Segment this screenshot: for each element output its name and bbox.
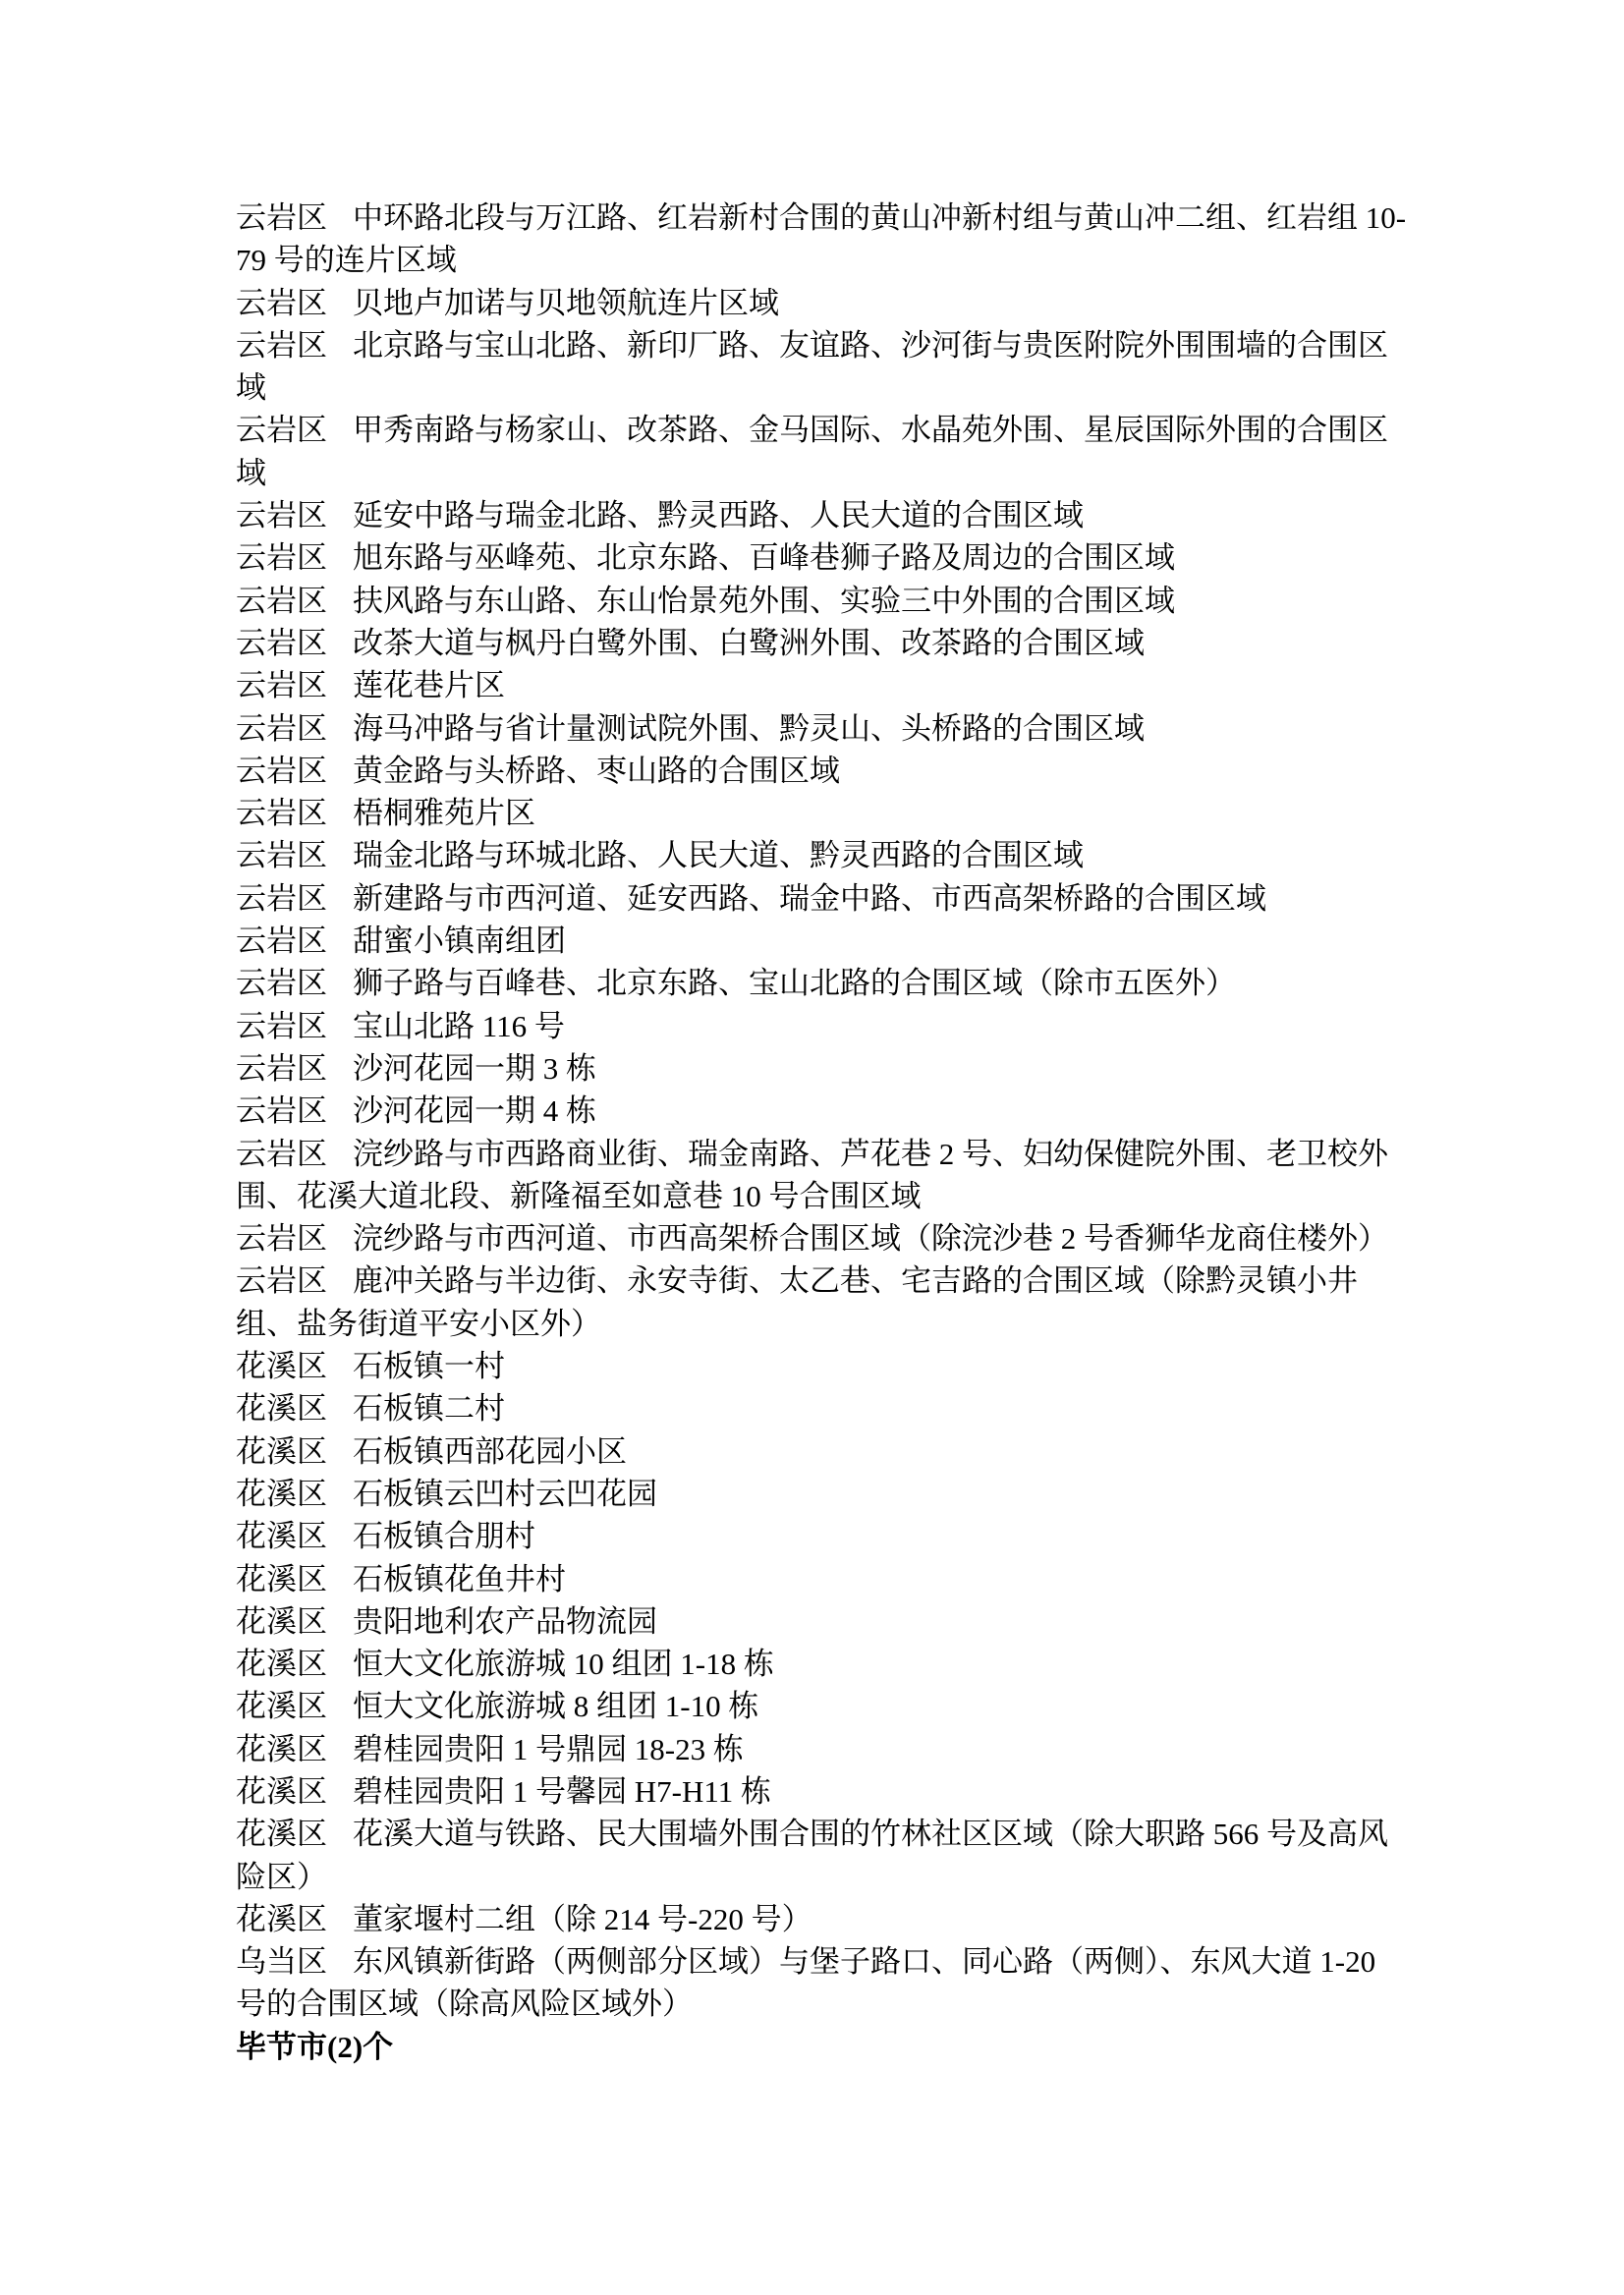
list-item: 云岩区沙河花园一期 4 栋 <box>236 1090 1411 1132</box>
district-label: 云岩区 <box>236 1009 327 1043</box>
district-label: 花溪区 <box>236 1391 327 1426</box>
district-label: 乌当区 <box>236 1944 327 1979</box>
district-label: 云岩区 <box>236 1137 327 1171</box>
list-item: 花溪区恒大文化旅游城 10 组团 1-18 栋 <box>236 1643 1411 1685</box>
district-label: 云岩区 <box>236 668 327 702</box>
area-text: 黄金路与头桥路、枣山路的合围区域 <box>353 754 840 788</box>
district-label: 花溪区 <box>236 1774 327 1809</box>
district-label: 花溪区 <box>236 1604 327 1639</box>
district-label: 云岩区 <box>236 711 327 746</box>
list-item: 云岩区黄金路与头桥路、枣山路的合围区域 <box>236 750 1411 792</box>
district-label: 云岩区 <box>236 1093 327 1128</box>
list-item: 云岩区扶风路与东山路、东山怡景苑外围、实验三中外围的合围区域 <box>236 580 1411 622</box>
district-label: 花溪区 <box>236 1689 327 1723</box>
list-item: 云岩区瑞金北路与环城北路、人民大道、黔灵西路的合围区域 <box>236 834 1411 876</box>
list-item: 花溪区石板镇二村 <box>236 1387 1411 1429</box>
list-item: 花溪区石板镇合朋村 <box>236 1515 1411 1557</box>
area-text: 石板镇一村 <box>353 1349 505 1383</box>
area-text: 石板镇花鱼井村 <box>353 1562 566 1596</box>
district-label: 花溪区 <box>236 1349 327 1383</box>
list-item: 云岩区莲花巷片区 <box>236 664 1411 706</box>
area-text: 梧桐雅苑片区 <box>353 796 535 830</box>
list-item: 云岩区贝地卢加诺与贝地领航连片区域 <box>236 282 1411 324</box>
district-label: 云岩区 <box>236 1263 327 1298</box>
list-item: 花溪区石板镇一村 <box>236 1345 1411 1387</box>
district-label: 花溪区 <box>236 1434 327 1469</box>
district-label: 云岩区 <box>236 881 327 916</box>
area-text: 石板镇二村 <box>353 1391 505 1426</box>
area-text: 宝山北路 116 号 <box>353 1009 565 1043</box>
list-item: 花溪区花溪大道与铁路、民大围墙外围合围的竹林社区区域（除大职路 566 号及高风… <box>236 1813 1411 1898</box>
area-text: 石板镇云凹村云凹花园 <box>353 1477 657 1511</box>
list-item: 云岩区延安中路与瑞金北路、黔灵西路、人民大道的合围区域 <box>236 494 1411 536</box>
district-label: 云岩区 <box>236 1221 327 1256</box>
district-label: 云岩区 <box>236 754 327 788</box>
area-text: 甲秀南路与杨家山、改茶路、金马国际、水晶苑外围、星辰国际外围的合围区域 <box>236 413 1388 489</box>
area-text: 北京路与宝山北路、新印厂路、友谊路、沙河街与贵医附院外围围墙的合围区域 <box>236 328 1388 405</box>
area-text: 中环路北段与万江路、红岩新村合围的黄山冲新村组与黄山冲二组、红岩组 10-79 … <box>236 200 1406 277</box>
area-text: 甜蜜小镇南组团 <box>353 924 566 958</box>
district-label: 云岩区 <box>236 328 327 363</box>
list-item: 云岩区北京路与宝山北路、新印厂路、友谊路、沙河街与贵医附院外围围墙的合围区域 <box>236 324 1411 410</box>
list-item: 云岩区甲秀南路与杨家山、改茶路、金马国际、水晶苑外围、星辰国际外围的合围区域 <box>236 409 1411 494</box>
district-label: 花溪区 <box>236 1647 327 1681</box>
district-label: 云岩区 <box>236 540 327 575</box>
area-text: 浣纱路与市西路商业街、瑞金南路、芦花巷 2 号、妇幼保健院外围、老卫校外围、花溪… <box>236 1137 1388 1213</box>
district-label: 云岩区 <box>236 498 327 532</box>
list-item: 花溪区贵阳地利农产品物流园 <box>236 1600 1411 1643</box>
list-item: 云岩区甜蜜小镇南组团 <box>236 920 1411 962</box>
district-label: 云岩区 <box>236 200 327 235</box>
area-text: 贵阳地利农产品物流园 <box>353 1604 657 1639</box>
area-text: 沙河花园一期 4 栋 <box>353 1093 596 1128</box>
area-text: 鹿冲关路与半边街、永安寺街、太乙巷、宅吉路的合围区域（除黔灵镇小井组、盐务街道平… <box>236 1263 1358 1340</box>
list-item: 云岩区浣纱路与市西路商业街、瑞金南路、芦花巷 2 号、妇幼保健院外围、老卫校外围… <box>236 1133 1411 1218</box>
risk-area-list: 云岩区中环路北段与万江路、红岩新村合围的黄山冲新村组与黄山冲二组、红岩组 10-… <box>236 196 1411 2026</box>
district-label: 云岩区 <box>236 924 327 958</box>
list-item: 花溪区董家堰村二组（除 214 号-220 号） <box>236 1898 1411 1940</box>
list-item: 云岩区海马冲路与省计量测试院外围、黔灵山、头桥路的合围区域 <box>236 707 1411 750</box>
list-item: 云岩区沙河花园一期 3 栋 <box>236 1047 1411 1090</box>
district-label: 花溪区 <box>236 1902 327 1936</box>
list-item: 花溪区碧桂园贵阳 1 号鼎园 18-23 栋 <box>236 1728 1411 1770</box>
list-item: 云岩区中环路北段与万江路、红岩新村合围的黄山冲新村组与黄山冲二组、红岩组 10-… <box>236 196 1411 282</box>
list-item: 乌当区东风镇新街路（两侧部分区域）与堡子路口、同心路（两侧）、东风大道 1-20… <box>236 1940 1411 2026</box>
list-item: 云岩区浣纱路与市西河道、市西高架桥合围区域（除浣沙巷 2 号香狮华龙商住楼外） <box>236 1217 1411 1259</box>
area-text: 恒大文化旅游城 8 组团 1-10 栋 <box>353 1689 758 1723</box>
district-label: 云岩区 <box>236 966 327 1000</box>
area-text: 旭东路与巫峰苑、北京东路、百峰巷狮子路及周边的合围区域 <box>353 540 1175 575</box>
area-text: 浣纱路与市西河道、市西高架桥合围区域（除浣沙巷 2 号香狮华龙商住楼外） <box>353 1221 1388 1256</box>
area-text: 改茶大道与枫丹白鹭外围、白鹭洲外围、改茶路的合围区域 <box>353 626 1145 660</box>
area-text: 莲花巷片区 <box>353 668 505 702</box>
area-text: 新建路与市西河道、延安西路、瑞金中路、市西高架桥路的合围区域 <box>353 881 1266 916</box>
list-item: 云岩区梧桐雅苑片区 <box>236 792 1411 834</box>
area-text: 瑞金北路与环城北路、人民大道、黔灵西路的合围区域 <box>353 838 1084 872</box>
district-label: 花溪区 <box>236 1817 327 1851</box>
list-item: 花溪区碧桂园贵阳 1 号馨园 H7-H11 栋 <box>236 1770 1411 1813</box>
district-label: 云岩区 <box>236 838 327 872</box>
list-item: 云岩区新建路与市西河道、延安西路、瑞金中路、市西高架桥路的合围区域 <box>236 877 1411 920</box>
list-item: 花溪区石板镇云凹村云凹花园 <box>236 1473 1411 1515</box>
list-item: 云岩区旭东路与巫峰苑、北京东路、百峰巷狮子路及周边的合围区域 <box>236 536 1411 579</box>
district-label: 云岩区 <box>236 1051 327 1086</box>
area-text: 石板镇西部花园小区 <box>353 1434 627 1469</box>
area-text: 延安中路与瑞金北路、黔灵西路、人民大道的合围区域 <box>353 498 1084 532</box>
area-text: 花溪大道与铁路、民大围墙外围合围的竹林社区区域（除大职路 566 号及高风险区） <box>236 1817 1388 1893</box>
document-page: 云岩区中环路北段与万江路、红岩新村合围的黄山冲新村组与黄山冲二组、红岩组 10-… <box>236 196 1411 2068</box>
list-item: 云岩区鹿冲关路与半边街、永安寺街、太乙巷、宅吉路的合围区域（除黔灵镇小井组、盐务… <box>236 1259 1411 1345</box>
area-text: 狮子路与百峰巷、北京东路、宝山北路的合围区域（除市五医外） <box>353 966 1236 1000</box>
area-text: 碧桂园贵阳 1 号鼎园 18-23 栋 <box>353 1732 744 1766</box>
area-text: 碧桂园贵阳 1 号馨园 H7-H11 栋 <box>353 1774 771 1809</box>
district-label: 花溪区 <box>236 1477 327 1511</box>
district-label: 云岩区 <box>236 626 327 660</box>
list-item: 云岩区宝山北路 116 号 <box>236 1005 1411 1047</box>
area-text: 恒大文化旅游城 10 组团 1-18 栋 <box>353 1647 774 1681</box>
district-label: 花溪区 <box>236 1519 327 1553</box>
area-text: 石板镇合朋村 <box>353 1519 535 1553</box>
section-heading: 毕节市(2)个 <box>236 2026 1411 2068</box>
area-text: 贝地卢加诺与贝地领航连片区域 <box>353 286 779 320</box>
area-text: 董家堰村二组（除 214 号-220 号） <box>353 1902 812 1936</box>
area-text: 海马冲路与省计量测试院外围、黔灵山、头桥路的合围区域 <box>353 711 1145 746</box>
district-label: 云岩区 <box>236 286 327 320</box>
district-label: 云岩区 <box>236 796 327 830</box>
area-text: 东风镇新街路（两侧部分区域）与堡子路口、同心路（两侧）、东风大道 1-20 号的… <box>236 1944 1375 2021</box>
district-label: 花溪区 <box>236 1562 327 1596</box>
list-item: 花溪区石板镇西部花园小区 <box>236 1430 1411 1473</box>
list-item: 花溪区恒大文化旅游城 8 组团 1-10 栋 <box>236 1685 1411 1727</box>
list-item: 云岩区改茶大道与枫丹白鹭外围、白鹭洲外围、改茶路的合围区域 <box>236 622 1411 664</box>
district-label: 花溪区 <box>236 1732 327 1766</box>
district-label: 云岩区 <box>236 413 327 447</box>
area-text: 扶风路与东山路、东山怡景苑外围、实验三中外围的合围区域 <box>353 584 1175 618</box>
district-label: 云岩区 <box>236 584 327 618</box>
area-text: 沙河花园一期 3 栋 <box>353 1051 596 1086</box>
list-item: 云岩区狮子路与百峰巷、北京东路、宝山北路的合围区域（除市五医外） <box>236 962 1411 1004</box>
list-item: 花溪区石板镇花鱼井村 <box>236 1558 1411 1600</box>
